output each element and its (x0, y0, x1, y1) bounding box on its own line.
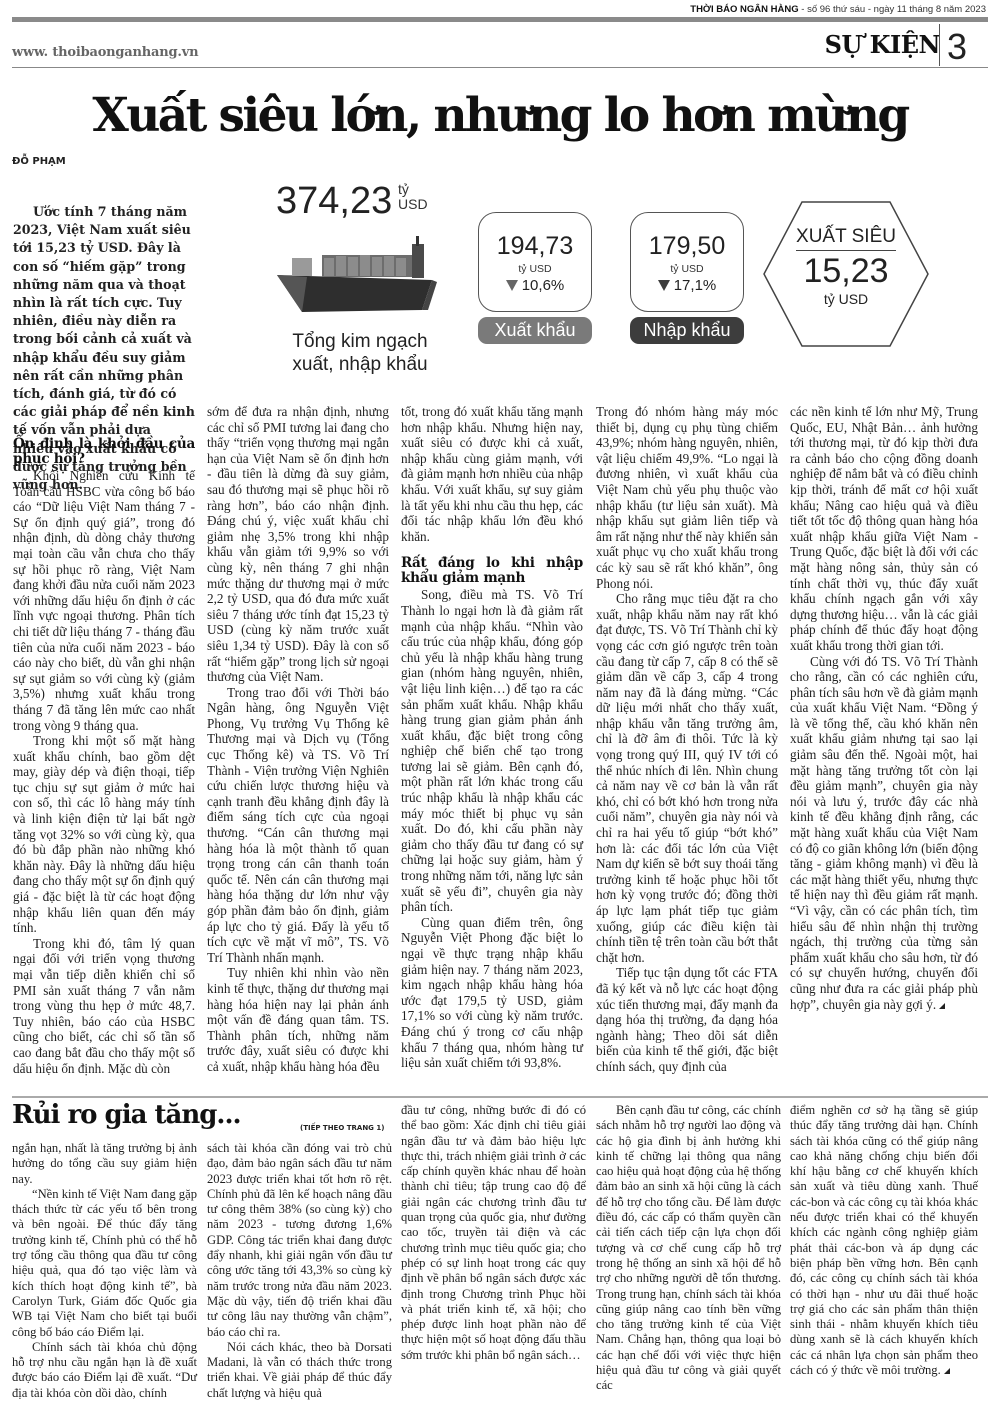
article-column-1: Ổn định là khởi đầu của phục hồi? Khối N… (13, 437, 195, 1076)
paragraph: “Nền kinh tế Việt Nam đang gặp thách thứ… (12, 1187, 197, 1340)
section-name: SỰ KIỆN (825, 30, 940, 59)
section-divider (939, 24, 940, 66)
cargo-ship-icon (272, 230, 442, 320)
total-trade-unit: tỷUSD (398, 182, 428, 212)
page-number: 3 (947, 26, 967, 68)
paragraph: Bên cạnh đầu tư công, các chính sách nhằ… (596, 1103, 781, 1394)
export-change: 10,6% (479, 277, 591, 294)
paragraph: Trong khi một số mặt hàng xuất khẩu chín… (13, 733, 195, 936)
issue-info: - số 96 thứ sáu - ngày 11 tháng 8 năm 20… (799, 4, 986, 15)
import-change: 17,1% (631, 277, 743, 294)
import-value: 179,50 (631, 232, 743, 261)
export-unit: tỷ USD (479, 263, 591, 275)
continued-column-5: điểm nghẽn cơ sở hạ tầng sẽ giúp thúc đẩ… (790, 1103, 978, 1378)
masthead-issue-line: THỜI BÁO NGÂN HÀNG - số 96 thứ sáu - ngà… (690, 4, 986, 15)
paragraph: Song, điều mà TS. Võ Trí Thành lo ngại h… (401, 587, 583, 914)
header-rule (12, 67, 988, 68)
surplus-value: 15,23 (762, 252, 930, 291)
paragraph: Khối Nghiên cứu Kinh tế Toàn cầu HSBC vừ… (13, 468, 195, 733)
paragraph: ngắn hạn, nhất là tăng trưởng bị ảnh hưở… (12, 1141, 197, 1187)
website-url: www. thoibaonganhang.vn (12, 45, 198, 60)
continued-column-2: sách tài khóa cần đóng vai trò chủ đạo, … (207, 1141, 392, 1401)
continued-column-3: đầu tư công, những bước đi đó có thể bao… (401, 1103, 586, 1363)
paragraph: Cho rằng mục tiêu đặt ra cho xuất, nhập … (596, 591, 778, 965)
down-triangle-icon (658, 280, 670, 291)
paragraph: Tuy nhiên khi nhìn vào nền kinh tế thực,… (207, 965, 389, 1074)
total-trade-value: 374,23 (276, 180, 392, 223)
top-rule (12, 17, 988, 22)
paragraph: Trong đó nhóm hàng máy móc thiết bị, dụn… (596, 404, 778, 591)
article-column-2: sớm để đưa ra nhận định, nhưng các chỉ s… (207, 404, 389, 1075)
paragraph: sớm để đưa ra nhận định, nhưng các chỉ s… (207, 404, 389, 685)
end-mark-icon (944, 1368, 950, 1374)
import-label: Nhập khẩu (630, 317, 744, 344)
publication-name: THỜI BÁO NGÂN HÀNG (690, 4, 798, 15)
byline: ĐỖ PHẠM (12, 156, 66, 167)
continued-column-1: ngắn hạn, nhất là tăng trưởng bị ảnh hưở… (12, 1141, 197, 1401)
article-column-5: các nền kinh tế lớn như Mỹ, Trung Quốc, … (790, 404, 978, 1012)
down-triangle-icon (506, 280, 518, 291)
article-column-4: Trong đó nhóm hàng máy móc thiết bị, dụn… (596, 404, 778, 1075)
continued-headline: Rủi ro gia tăng... (12, 1100, 241, 1130)
paragraph: điểm nghẽn cơ sở hạ tầng sẽ giúp thúc đẩ… (790, 1103, 978, 1378)
paragraph: Nói cách khác, theo bà Dorsati Madani, l… (207, 1340, 392, 1401)
subheading: Rất đáng lo khi nhập khẩu giảm mạnh (401, 556, 583, 586)
surplus-label: XUẤT SIÊU (796, 226, 896, 251)
section-divider-rule (12, 1096, 988, 1098)
import-card: 179,50 tỷ USD 17,1% (630, 212, 744, 312)
export-card: 194,73 tỷ USD 10,6% (478, 212, 592, 312)
total-trade-caption: Tổng kim ngạchxuất, nhập khẩu (270, 330, 450, 376)
export-label: Xuất khẩu (478, 317, 592, 344)
paragraph: đầu tư công, những bước đi đó có thể bao… (401, 1103, 586, 1363)
trade-surplus-badge: XUẤT SIÊU 15,23 tỷ USD (762, 200, 930, 348)
paragraph: Tiếp tục tận dụng tốt các FTA đã ký kết … (596, 965, 778, 1074)
paragraph: Chính sách tài khóa chủ động hỗ trợ nhu … (12, 1340, 197, 1401)
paragraph: sách tài khóa cần đóng vai trò chủ đạo, … (207, 1141, 392, 1340)
end-mark-icon (939, 1003, 945, 1009)
paragraph: Trong trao đổi với Thời báo Ngân hàng, ô… (207, 685, 389, 966)
subheading: Ổn định là khởi đầu của phục hồi? (13, 437, 195, 467)
paragraph: các nền kinh tế lớn như Mỹ, Trung Quốc, … (790, 404, 978, 654)
continued-column-4: Bên cạnh đầu tư công, các chính sách nhằ… (596, 1103, 781, 1394)
continued-from-label: (TIẾP THEO TRANG 1) (300, 1124, 384, 1132)
paragraph: tốt, trong đó xuất khẩu tăng mạnh hơn nh… (401, 404, 583, 544)
surplus-unit: tỷ USD (762, 291, 930, 307)
paragraph: Trong khi đó, tâm lý quan ngại đối với t… (13, 936, 195, 1076)
paragraph: Cùng với đó TS. Võ Trí Thành cho rằng, c… (790, 654, 978, 1013)
paragraph: Cùng quan điểm trên, ông Nguyễn Việt Pho… (401, 915, 583, 1071)
article-headline: Xuất siêu lớn, nhưng lo hơn mừng (0, 88, 1000, 143)
import-unit: tỷ USD (631, 263, 743, 275)
export-value: 194,73 (479, 232, 591, 261)
article-column-3: tốt, trong đó xuất khẩu tăng mạnh hơn nh… (401, 404, 583, 1071)
